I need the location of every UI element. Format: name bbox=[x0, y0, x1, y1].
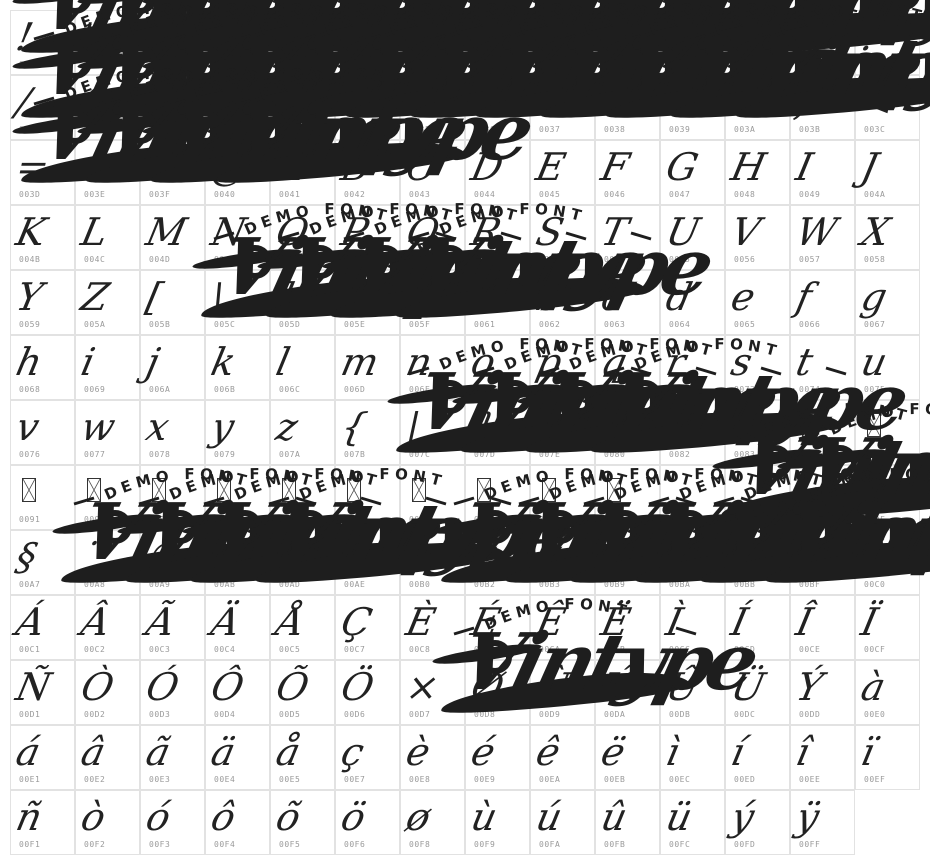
glyph-preview: R bbox=[468, 212, 505, 252]
glyph-cell[interactable]: h0068 bbox=[10, 335, 75, 400]
glyph-cell[interactable]: s0073 bbox=[725, 335, 790, 400]
glyph-preview: g bbox=[858, 277, 891, 317]
glyph-cell[interactable]: S0053 bbox=[530, 205, 595, 270]
glyph-cell[interactable]: 90039 bbox=[660, 75, 725, 140]
glyph-cell[interactable]: Q0051 bbox=[400, 205, 465, 270]
missing-glyph-icon bbox=[152, 478, 166, 502]
glyph-cell[interactable]: Î00CE bbox=[790, 595, 855, 660]
glyph-code-label: 00B2 bbox=[474, 580, 495, 589]
glyph-cell[interactable]: ÿ00FF bbox=[790, 790, 855, 855]
glyph-preview: Ü bbox=[728, 667, 769, 707]
glyph-code-label: 0037 bbox=[539, 125, 560, 134]
glyph-code-label: 00E9 bbox=[474, 775, 495, 784]
glyph-code-label: 0031 bbox=[149, 125, 170, 134]
glyph-cell[interactable]: Ø00D8 bbox=[465, 660, 530, 725]
glyph-cell[interactable]: >003E bbox=[75, 140, 140, 205]
glyph-preview: Ê bbox=[533, 602, 569, 642]
glyph-code-label: 006B bbox=[214, 385, 235, 394]
glyph-cell[interactable]: l006C bbox=[270, 335, 335, 400]
glyph-preview: ² bbox=[468, 537, 492, 577]
glyph-cell[interactable]: ®00AE bbox=[335, 530, 400, 595]
glyph-cell[interactable]: «00AB bbox=[205, 530, 270, 595]
glyph-cell[interactable]: @0040 bbox=[205, 140, 270, 205]
glyph-cell[interactable]: 0098 bbox=[465, 465, 530, 530]
glyph-cell[interactable]: ¹00B9 bbox=[595, 530, 660, 595]
glyph-cell[interactable]: V0056 bbox=[725, 205, 790, 270]
glyph-preview: Ô bbox=[208, 667, 248, 707]
glyph-cell[interactable]: Ö00D6 bbox=[335, 660, 400, 725]
glyph-code-label: 0068 bbox=[19, 385, 40, 394]
glyph-cell[interactable]: ó00F3 bbox=[140, 790, 205, 855]
glyph-code-label: 00D3 bbox=[149, 710, 170, 719]
glyph-cell[interactable]: i0069 bbox=[75, 335, 140, 400]
glyph-code-label: 007E bbox=[539, 450, 560, 459]
glyph-cell[interactable]: z007A bbox=[270, 400, 335, 465]
glyph-preview: a bbox=[468, 277, 499, 317]
glyph-preview: Ã bbox=[143, 602, 179, 642]
glyph-cell[interactable]: 0080 bbox=[595, 400, 660, 465]
glyph-cell[interactable]: 0093 bbox=[140, 465, 205, 530]
glyph-cell[interactable]: k006B bbox=[205, 335, 270, 400]
glyph-cell[interactable]: ¨00A8 bbox=[75, 530, 140, 595]
glyph-cell[interactable]: ³00B3 bbox=[530, 530, 595, 595]
glyph-cell[interactable]: q0071 bbox=[595, 335, 660, 400]
glyph-preview: ò bbox=[78, 797, 109, 837]
glyph-preview: 1 bbox=[143, 82, 176, 122]
glyph-cell[interactable]: 40034 bbox=[335, 75, 400, 140]
glyph-cell[interactable]: â00E2 bbox=[75, 725, 140, 790]
glyph-cell[interactable]: O004F bbox=[270, 205, 335, 270]
glyph-cell[interactable]: ©00A9 bbox=[140, 530, 205, 595]
glyph-preview: Ä bbox=[208, 602, 244, 642]
glyph-cell[interactable]: E0045 bbox=[530, 140, 595, 205]
glyph-cell[interactable]: -002D bbox=[790, 10, 855, 75]
glyph-code-label: 0027 bbox=[409, 60, 430, 69]
glyph-cell[interactable]: y0079 bbox=[205, 400, 270, 465]
glyph-cell[interactable]: î00EE bbox=[790, 725, 855, 790]
glyph-preview: ç bbox=[338, 732, 368, 772]
glyph-cell[interactable]: Õ00D5 bbox=[270, 660, 335, 725]
missing-glyph-icon bbox=[87, 478, 101, 502]
glyph-cell[interactable]: g0067 bbox=[855, 270, 920, 335]
glyph-code-label: 00BA bbox=[669, 580, 690, 589]
glyph-preview: ' bbox=[403, 17, 422, 57]
glyph-cell[interactable]: Á00C1 bbox=[10, 595, 75, 660]
glyph-cell[interactable]: (0028 bbox=[465, 10, 530, 75]
glyph-cell[interactable]: Ã00C3 bbox=[140, 595, 205, 660]
glyph-cell[interactable]: -00AD bbox=[270, 530, 335, 595]
glyph-cell[interactable]: ä00E4 bbox=[205, 725, 270, 790]
glyph-preview: ! bbox=[13, 17, 37, 57]
glyph-code-label: 0048 bbox=[734, 190, 755, 199]
glyph-code-label: 0057 bbox=[799, 255, 820, 264]
glyph-cell[interactable]: ×00D7 bbox=[400, 660, 465, 725]
glyph-cell[interactable]: ã00E3 bbox=[140, 725, 205, 790]
glyph-preview: ? bbox=[143, 147, 172, 187]
glyph-preview: ~ bbox=[533, 407, 573, 447]
glyph-code-label: 002D bbox=[799, 60, 820, 69]
glyph-code-label: 009C bbox=[734, 515, 755, 524]
glyph-code-label: 00D9 bbox=[539, 710, 560, 719]
glyph-preview: ñ bbox=[13, 797, 46, 837]
glyph-cell[interactable]: G0047 bbox=[660, 140, 725, 205]
glyph-code-label: 004D bbox=[149, 255, 170, 264]
glyph-cell[interactable]: D0044 bbox=[465, 140, 530, 205]
glyph-code-label: 0022 bbox=[84, 60, 105, 69]
glyph-cell[interactable]: )0029 bbox=[530, 10, 595, 75]
glyph-cell[interactable]: U0055 bbox=[660, 205, 725, 270]
glyph-cell[interactable]: ô00F4 bbox=[205, 790, 270, 855]
glyph-cell[interactable]: b0062 bbox=[530, 270, 595, 335]
glyph-cell[interactable]: û00FB bbox=[595, 790, 660, 855]
glyph-cell[interactable]: 009C bbox=[725, 465, 790, 530]
logo-swash-top bbox=[727, 0, 838, 8]
glyph-cell[interactable]: ú00FA bbox=[530, 790, 595, 855]
glyph-cell[interactable]: t0074 bbox=[790, 335, 855, 400]
glyph-cell[interactable]: Ä00C4 bbox=[205, 595, 270, 660]
glyph-cell[interactable]: F0046 bbox=[595, 140, 660, 205]
glyph-preview: N bbox=[208, 212, 250, 252]
glyph-cell[interactable]: 70037 bbox=[530, 75, 595, 140]
glyph-preview: Ý bbox=[793, 667, 827, 707]
glyph-cell[interactable]: Ú00DA bbox=[595, 660, 660, 725]
glyph-cell[interactable]: 60036 bbox=[465, 75, 530, 140]
glyph-cell[interactable]: 30033 bbox=[270, 75, 335, 140]
glyph-cell[interactable]: =003D bbox=[10, 140, 75, 205]
glyph-preview: O bbox=[273, 212, 313, 252]
glyph-cell[interactable]: |007C bbox=[400, 400, 465, 465]
glyph-cell[interactable]: K004B bbox=[10, 205, 75, 270]
glyph-cell[interactable]: B0042 bbox=[335, 140, 400, 205]
glyph-code-label: 00BB bbox=[734, 580, 755, 589]
logo-swash-top bbox=[337, 0, 448, 8]
glyph-cell[interactable]: À00C0 bbox=[855, 530, 920, 595]
glyph-cell[interactable]: j006A bbox=[140, 335, 205, 400]
glyph-code-label: 003D bbox=[19, 190, 40, 199]
glyph-code-label: 00DD bbox=[799, 710, 820, 719]
glyph-cell[interactable]: Ï00CF bbox=[855, 595, 920, 660]
glyph-preview: ; bbox=[793, 82, 814, 122]
glyph-cell[interactable]: Â00C2 bbox=[75, 595, 140, 660]
glyph-cell[interactable]: ü00FC bbox=[660, 790, 725, 855]
glyph-cell[interactable]: L004C bbox=[75, 205, 140, 270]
glyph-cell[interactable]: 0095 bbox=[270, 465, 335, 530]
glyph-cell[interactable]: o006F bbox=[465, 335, 530, 400]
glyph-preview: x bbox=[143, 407, 173, 447]
glyph-cell[interactable]: \005C bbox=[205, 270, 270, 335]
glyph-preview: ï bbox=[858, 732, 879, 772]
glyph-preview: Ú bbox=[598, 667, 639, 707]
glyph-cell[interactable]: 50035 bbox=[400, 75, 465, 140]
glyph-cell[interactable]: f0066 bbox=[790, 270, 855, 335]
glyph-cell[interactable]: ~007E bbox=[530, 400, 595, 465]
glyph-preview: Í bbox=[728, 602, 752, 642]
glyph-cell[interactable]: Ô00D4 bbox=[205, 660, 270, 725]
glyph-preview: È bbox=[403, 602, 439, 642]
glyph-cell[interactable]: 009A bbox=[595, 465, 660, 530]
glyph-cell[interactable]: 0083 bbox=[725, 400, 790, 465]
glyph-cell[interactable]: a0061 bbox=[465, 270, 530, 335]
glyph-cell[interactable]: É00C9 bbox=[465, 595, 530, 660]
glyph-code-label: 006F bbox=[474, 385, 495, 394]
glyph-cell[interactable]: 0092 bbox=[75, 465, 140, 530]
glyph-cell[interactable]: 0082 bbox=[660, 400, 725, 465]
glyph-preview: C bbox=[403, 147, 441, 187]
glyph-cell[interactable]: Ç00C7 bbox=[335, 595, 400, 660]
glyph-cell[interactable]: Ó00D3 bbox=[140, 660, 205, 725]
glyph-cell[interactable]: »00BB bbox=[725, 530, 790, 595]
glyph-preview: | bbox=[403, 407, 424, 447]
glyph-cell[interactable]: §00A7 bbox=[10, 530, 75, 595]
glyph-cell[interactable]: w0077 bbox=[75, 400, 140, 465]
missing-glyph-icon bbox=[282, 478, 296, 502]
glyph-cell[interactable]: <003C bbox=[855, 75, 920, 140]
glyph-cell[interactable]: "0022 bbox=[75, 10, 140, 75]
glyph-cell[interactable]: õ00F5 bbox=[270, 790, 335, 855]
glyph-cell[interactable]: Ê00CA bbox=[530, 595, 595, 660]
glyph-preview: ¹ bbox=[598, 537, 622, 577]
glyph-cell[interactable]: %0025 bbox=[270, 10, 335, 75]
glyph-preview: Ë bbox=[598, 602, 634, 642]
glyph-code-label: 0098 bbox=[474, 515, 495, 524]
glyph-cell[interactable]: Ë00CB bbox=[595, 595, 660, 660]
glyph-code-label: 0036 bbox=[474, 125, 495, 134]
glyph-code-label: 00C2 bbox=[84, 645, 105, 654]
glyph-code-label: 00C5 bbox=[279, 645, 300, 654]
glyph-code-label: 0047 bbox=[669, 190, 690, 199]
glyph-code-label: 004A bbox=[864, 190, 885, 199]
glyph-cell[interactable]: Û00DB bbox=[660, 660, 725, 725]
glyph-cell[interactable]: T0054 bbox=[595, 205, 660, 270]
glyph-cell[interactable]: &0026 bbox=[335, 10, 400, 75]
glyph-cell[interactable]: Ù00D9 bbox=[530, 660, 595, 725]
glyph-cell[interactable]: '0027 bbox=[400, 10, 465, 75]
glyph-cell[interactable]: R0052 bbox=[465, 205, 530, 270]
glyph-cell[interactable]: ë00EB bbox=[595, 725, 660, 790]
glyph-cell[interactable]: [005B bbox=[140, 270, 205, 335]
glyph-cell[interactable]: H0048 bbox=[725, 140, 790, 205]
glyph-code-label: 00E7 bbox=[344, 775, 365, 784]
glyph-code-label: 00DB bbox=[669, 710, 690, 719]
glyph-cell[interactable]: Z005A bbox=[75, 270, 140, 335]
glyph-cell[interactable]: ?003F bbox=[140, 140, 205, 205]
glyph-code-label: 00D8 bbox=[474, 710, 495, 719]
glyph-cell[interactable]: ²00B2 bbox=[465, 530, 530, 595]
glyph-preview: $ bbox=[208, 17, 241, 57]
glyph-preview: M bbox=[143, 212, 190, 252]
glyph-cell[interactable]: *002A bbox=[595, 10, 660, 75]
glyph-cell[interactable]: A0041 bbox=[270, 140, 335, 205]
glyph-code-label: 007C bbox=[409, 450, 430, 459]
glyph-preview: \ bbox=[208, 277, 229, 317]
glyph-preview: F bbox=[598, 147, 633, 187]
glyph-cell[interactable]: Ì00CC bbox=[660, 595, 725, 660]
glyph-cell[interactable]: M004D bbox=[140, 205, 205, 270]
glyph-cell[interactable]: ç00E7 bbox=[335, 725, 400, 790]
glyph-code-label: 0093 bbox=[149, 515, 170, 524]
glyph-code-label: 0029 bbox=[539, 60, 560, 69]
glyph-cell[interactable]: 00030 bbox=[75, 75, 140, 140]
glyph-code-label: 00BF bbox=[799, 580, 820, 589]
glyph-cell[interactable]: C0043 bbox=[400, 140, 465, 205]
glyph-cell[interactable]: à00E0 bbox=[855, 660, 920, 725]
glyph-cell[interactable]: é00E9 bbox=[465, 725, 530, 790]
glyph-preview: Ï bbox=[858, 602, 882, 642]
glyph-code-label: 00C4 bbox=[214, 645, 235, 654]
glyph-preview: à bbox=[858, 667, 889, 707]
glyph-preview: Á bbox=[13, 602, 49, 642]
glyph-cell[interactable]: 0099 bbox=[530, 465, 595, 530]
glyph-cell[interactable]: _005F bbox=[400, 270, 465, 335]
glyph-code-label: 00F4 bbox=[214, 840, 235, 849]
glyph-cell[interactable]: c0063 bbox=[595, 270, 660, 335]
glyph-cell[interactable]: ¿00BF bbox=[790, 530, 855, 595]
glyph-cell[interactable]: .002E bbox=[855, 10, 920, 75]
glyph-code-label: 003E bbox=[84, 190, 105, 199]
glyph-cell[interactable]: Å00C5 bbox=[270, 595, 335, 660]
glyph-cell[interactable]: ï00EF bbox=[855, 725, 920, 790]
glyph-preview: » bbox=[728, 537, 760, 577]
glyph-cell[interactable]: p0070 bbox=[530, 335, 595, 400]
glyph-cell[interactable]: d0064 bbox=[660, 270, 725, 335]
glyph-cell[interactable]: Ñ00D1 bbox=[10, 660, 75, 725]
glyph-preview: v bbox=[13, 407, 43, 447]
glyph-cell[interactable]: Ý00DD bbox=[790, 660, 855, 725]
glyph-code-label: 0095 bbox=[279, 515, 300, 524]
glyph-cell[interactable]: 10031 bbox=[140, 75, 205, 140]
glyph-cell[interactable]: Í00CD bbox=[725, 595, 790, 660]
glyph-cell[interactable]: 80038 bbox=[595, 75, 660, 140]
glyph-cell[interactable]: ö00F6 bbox=[335, 790, 400, 855]
glyph-cell[interactable]: ò00F2 bbox=[75, 790, 140, 855]
glyph-cell[interactable]: º00BA bbox=[660, 530, 725, 595]
glyph-cell[interactable]: W0057 bbox=[790, 205, 855, 270]
glyph-preview: ã bbox=[143, 732, 174, 772]
glyph-cell[interactable]: è00E8 bbox=[400, 725, 465, 790]
glyph-cell[interactable]: 0085 bbox=[855, 400, 920, 465]
glyph-preview: ô bbox=[208, 797, 239, 837]
glyph-cell[interactable]: $0024 bbox=[205, 10, 270, 75]
glyph-cell[interactable]: v0076 bbox=[10, 400, 75, 465]
glyph-cell[interactable]: 009E bbox=[790, 465, 855, 530]
glyph-cell[interactable]: ù00F9 bbox=[465, 790, 530, 855]
logo-swash-top bbox=[142, 0, 253, 8]
glyph-preview: î bbox=[793, 732, 814, 772]
glyph-cell[interactable]: m006D bbox=[335, 335, 400, 400]
glyph-preview: f bbox=[793, 277, 816, 317]
glyph-cell[interactable]: J004A bbox=[855, 140, 920, 205]
glyph-preview: Q bbox=[403, 212, 443, 252]
glyph-code-label: 0033 bbox=[279, 125, 300, 134]
glyph-code-label: 00EF bbox=[864, 775, 885, 784]
glyph-cell[interactable]: å00E5 bbox=[270, 725, 335, 790]
glyph-cell[interactable]: ê00EA bbox=[530, 725, 595, 790]
glyph-cell[interactable]: 0084 bbox=[790, 400, 855, 465]
glyph-code-label: 00E2 bbox=[84, 775, 105, 784]
glyph-cell[interactable]: ;003B bbox=[790, 75, 855, 140]
glyph-cell[interactable]: á00E1 bbox=[10, 725, 75, 790]
glyph-cell[interactable]: È00C8 bbox=[400, 595, 465, 660]
glyph-cell[interactable]: 009B bbox=[660, 465, 725, 530]
glyph-preview: Û bbox=[663, 667, 704, 707]
glyph-code-label: 002F bbox=[19, 125, 40, 134]
glyph-cell[interactable]: I0049 bbox=[790, 140, 855, 205]
glyph-code-label: 0028 bbox=[474, 60, 495, 69]
glyph-cell[interactable]: ñ00F1 bbox=[10, 790, 75, 855]
glyph-code-label: 0080 bbox=[604, 450, 625, 459]
glyph-preview: 8 bbox=[598, 82, 631, 122]
glyph-preview: % bbox=[273, 17, 318, 57]
glyph-code-label: 0099 bbox=[539, 515, 560, 524]
glyph-code-label: 0053 bbox=[539, 255, 560, 264]
glyph-cell[interactable]: X0058 bbox=[855, 205, 920, 270]
glyph-cell[interactable]: {007B bbox=[335, 400, 400, 465]
glyph-cell[interactable]: #0023 bbox=[140, 10, 205, 75]
glyph-cell[interactable]: ø00F8 bbox=[400, 790, 465, 855]
glyph-code-label: 0078 bbox=[149, 450, 170, 459]
glyph-code-label: 005D bbox=[279, 320, 300, 329]
glyph-code-label: 00EB bbox=[604, 775, 625, 784]
glyph-cell[interactable]: +002B bbox=[660, 10, 725, 75]
glyph-cell[interactable]: x0078 bbox=[140, 400, 205, 465]
glyph-preview: ö bbox=[338, 797, 369, 837]
glyph-code-label: 00F9 bbox=[474, 840, 495, 849]
glyph-cell[interactable]: ^005E bbox=[335, 270, 400, 335]
glyph-code-label: 0091 bbox=[19, 515, 40, 524]
glyph-cell[interactable]: P0050 bbox=[335, 205, 400, 270]
glyph-cell[interactable]: 20032 bbox=[205, 75, 270, 140]
glyph-preview: i bbox=[78, 342, 99, 382]
glyph-preview: J bbox=[858, 147, 882, 187]
glyph-cell[interactable]: r0072 bbox=[660, 335, 725, 400]
glyph-cell[interactable]: Y0059 bbox=[10, 270, 75, 335]
glyph-cell[interactable]: N004E bbox=[205, 205, 270, 270]
glyph-cell[interactable]: í00ED bbox=[725, 725, 790, 790]
glyph-code-label: 00F6 bbox=[344, 840, 365, 849]
glyph-cell[interactable]: ,002C bbox=[725, 10, 790, 75]
glyph-cell[interactable]: °00B0 bbox=[400, 530, 465, 595]
glyph-cell[interactable]: /002F bbox=[10, 75, 75, 140]
glyph-code-label: 0067 bbox=[864, 320, 885, 329]
glyph-code-label: 006A bbox=[149, 385, 170, 394]
glyph-cell[interactable]: n006E bbox=[400, 335, 465, 400]
glyph-code-label: 00F2 bbox=[84, 840, 105, 849]
glyph-cell[interactable]: Ü00DC bbox=[725, 660, 790, 725]
glyph-cell[interactable]: !0021 bbox=[10, 10, 75, 75]
glyph-code-label: 0054 bbox=[604, 255, 625, 264]
glyph-preview: ý bbox=[728, 797, 758, 837]
glyph-cell[interactable]: :003A bbox=[725, 75, 790, 140]
glyph-cell[interactable]: }007D bbox=[465, 400, 530, 465]
glyph-preview: 9 bbox=[663, 82, 696, 122]
glyph-cell[interactable]: 0097 bbox=[400, 465, 465, 530]
glyph-cell[interactable]: Ò00D2 bbox=[75, 660, 140, 725]
glyph-cell[interactable]: u0075 bbox=[855, 335, 920, 400]
glyph-cell[interactable]: 0096 bbox=[335, 465, 400, 530]
glyph-cell[interactable]: ]005D bbox=[270, 270, 335, 335]
glyph-cell[interactable]: 009F bbox=[855, 465, 920, 530]
glyph-preview: # bbox=[143, 17, 183, 57]
glyph-preview: ° bbox=[403, 537, 431, 577]
glyph-cell[interactable]: ý00FD bbox=[725, 790, 790, 855]
glyph-cell[interactable]: 0094 bbox=[205, 465, 270, 530]
glyph-code-label: 0065 bbox=[734, 320, 755, 329]
glyph-cell[interactable]: e0065 bbox=[725, 270, 790, 335]
glyph-code-label: 0084 bbox=[799, 450, 820, 459]
glyph-cell[interactable]: 0091 bbox=[10, 465, 75, 530]
glyph-cell[interactable]: ì00EC bbox=[660, 725, 725, 790]
glyph-preview: × bbox=[403, 667, 443, 707]
